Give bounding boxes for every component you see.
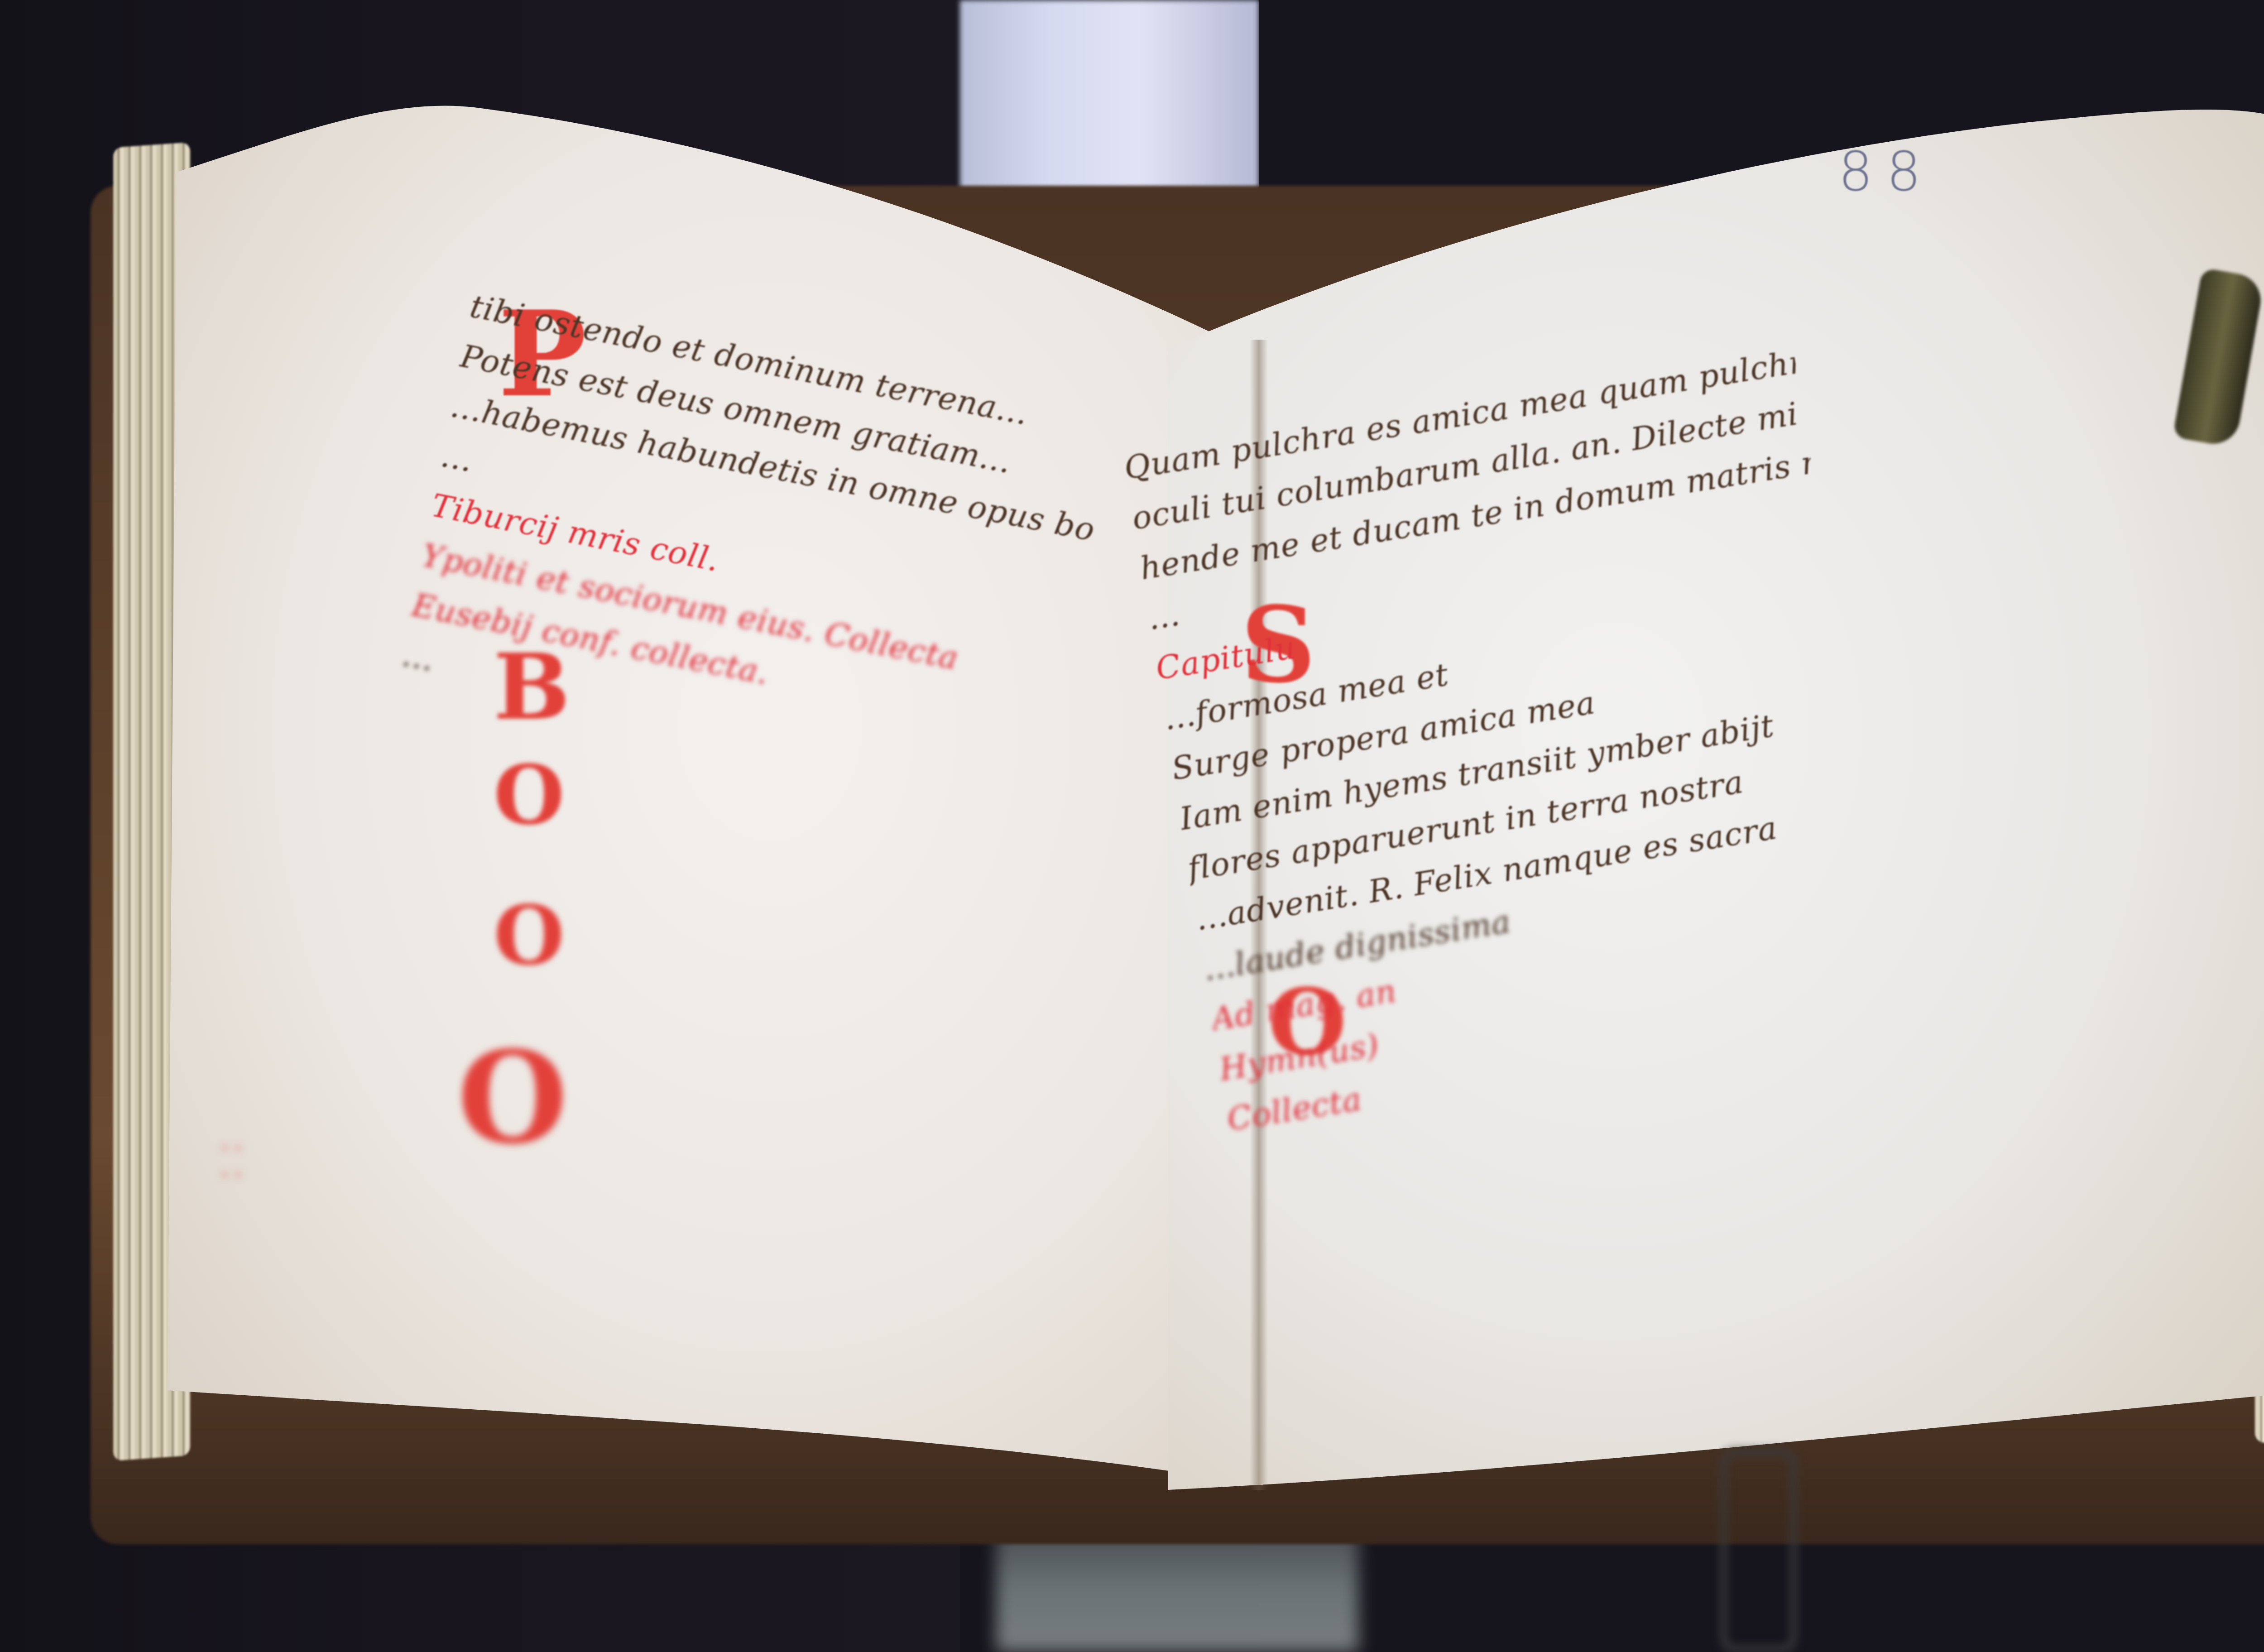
manuscript-book — [63, 104, 2264, 1553]
bottom-clasp-icon — [1721, 1449, 1797, 1652]
initial-o-left-3: O — [457, 1023, 568, 1172]
folio-number: 88 — [1838, 140, 1935, 203]
initial-o-left-2: O — [494, 888, 565, 983]
margin-red-mark: : : — [213, 1141, 260, 1181]
left-page — [168, 104, 1263, 1485]
right-page-text: Quam pulchra es amica mea quam pulchra e… — [1121, 337, 1903, 1145]
initial-o-left-1: O — [494, 747, 565, 843]
